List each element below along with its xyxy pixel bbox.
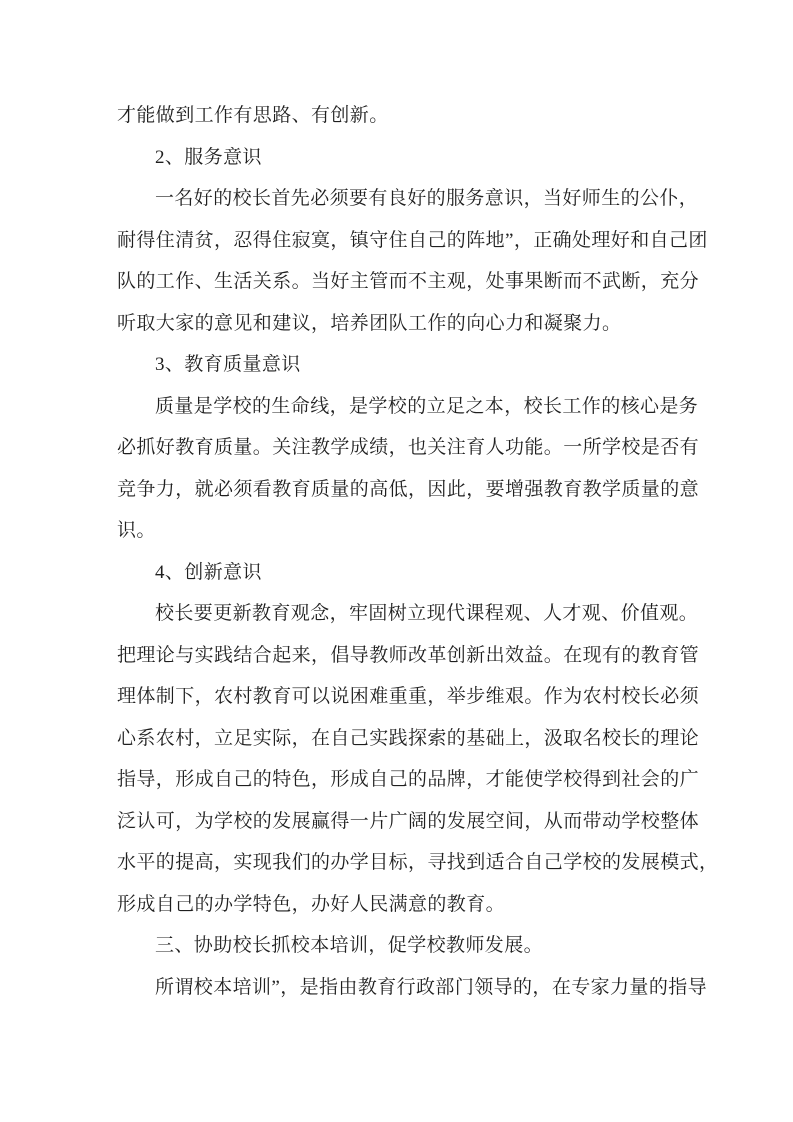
text-line: 3、教育质量意识: [117, 344, 711, 386]
document-page: 才能做到工作有思路、有创新。2、服务意识一名好的校长首先必须要有良好的服务意识，…: [0, 0, 793, 1122]
paragraph: 三、协助校长抓校本培训，促学校教师发展。: [117, 925, 711, 967]
paragraph: 4、创新意识: [117, 552, 711, 594]
paragraph: 2、服务意识: [117, 137, 711, 179]
text-line: 三、协助校长抓校本培训，促学校教师发展。: [117, 925, 711, 967]
text-line: 形成自己的办学特色，办好人民满意的教育。: [117, 884, 711, 926]
text-line: 质量是学校的生命线，是学校的立足之本，校长工作的核心是务: [117, 386, 711, 428]
document-text-block: 才能做到工作有思路、有创新。2、服务意识一名好的校长首先必须要有良好的服务意识，…: [117, 95, 711, 1008]
text-line: 理体制下，农村教育可以说困难重重，举步维艰。作为农村校长必须: [117, 676, 711, 718]
paragraph: 一名好的校长首先必须要有良好的服务意识，当好师生的公仆，耐得住清贫，忍得住寂寞，…: [117, 178, 711, 344]
text-line: 指导，形成自己的特色，形成自己的品牌，才能使学校得到社会的广: [117, 759, 711, 801]
text-line: 所谓校本培训”，是指由教育行政部门领导的，在专家力量的指导: [117, 967, 711, 1009]
paragraph: 校长要更新教育观念，牢固树立现代课程观、人才观、价值观。把理论与实践结合起来，倡…: [117, 593, 711, 925]
paragraph: 所谓校本培训”，是指由教育行政部门领导的，在专家力量的指导: [117, 967, 711, 1009]
text-line: 2、服务意识: [117, 137, 711, 179]
text-line: 才能做到工作有思路、有创新。: [117, 95, 711, 137]
text-line: 把理论与实践结合起来，倡导教师改革创新出效益。在现有的教育管: [117, 635, 711, 677]
text-line: 队的工作、生活关系。当好主管而不主观，处事果断而不武断，充分: [117, 261, 711, 303]
text-line: 识。: [117, 510, 711, 552]
text-line: 校长要更新教育观念，牢固树立现代课程观、人才观、价值观。: [117, 593, 711, 635]
text-line: 水平的提高，实现我们的办学目标，寻找到适合自己学校的发展模式，: [117, 842, 711, 884]
text-line: 一名好的校长首先必须要有良好的服务意识，当好师生的公仆，: [117, 178, 711, 220]
text-line: 听取大家的意见和建议，培养团队工作的向心力和凝聚力。: [117, 303, 711, 345]
paragraph: 才能做到工作有思路、有创新。: [117, 95, 711, 137]
text-line: 耐得住清贫，忍得住寂寞，镇守住自己的阵地”，正确处理好和自己团: [117, 220, 711, 262]
paragraph: 3、教育质量意识: [117, 344, 711, 386]
text-line: 心系农村，立足实际，在自己实践探索的基础上，汲取名校长的理论: [117, 718, 711, 760]
paragraph: 质量是学校的生命线，是学校的立足之本，校长工作的核心是务必抓好教育质量。关注教学…: [117, 386, 711, 552]
text-line: 4、创新意识: [117, 552, 711, 594]
text-line: 竞争力，就必须看教育质量的高低，因此，要增强教育教学质量的意: [117, 469, 711, 511]
text-line: 必抓好教育质量。关注教学成绩，也关注育人功能。一所学校是否有: [117, 427, 711, 469]
text-line: 泛认可，为学校的发展赢得一片广阔的发展空间，从而带动学校整体: [117, 801, 711, 843]
